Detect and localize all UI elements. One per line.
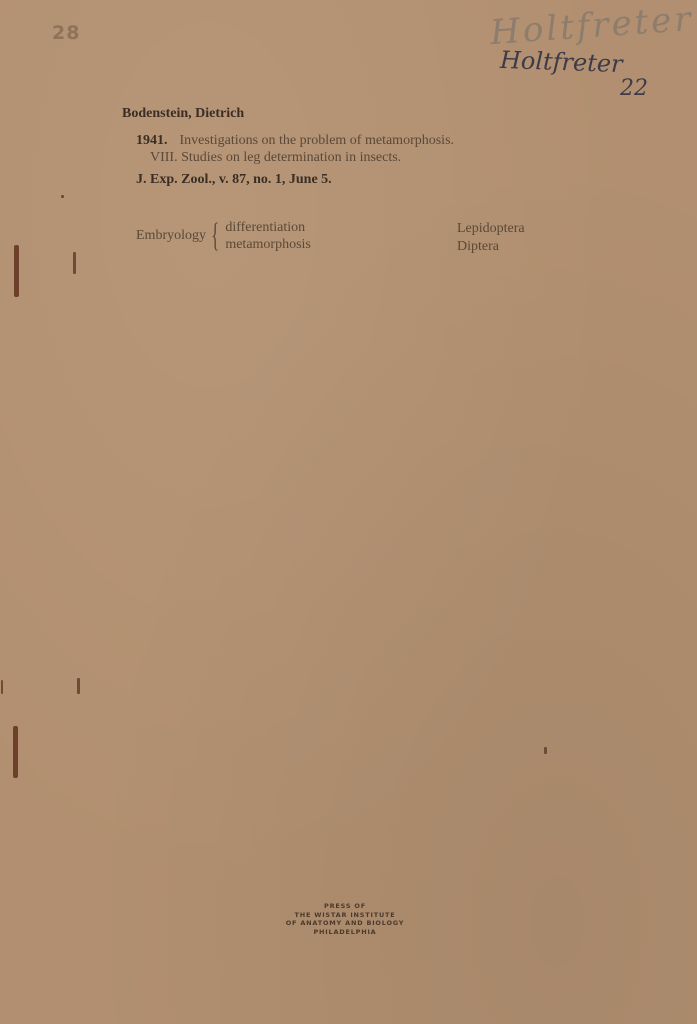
handwritten-note: Holtfreter <box>500 46 623 78</box>
journal-reference: J. Exp. Zool., v. 87, no. 1, June 5. <box>136 172 332 188</box>
subject-heading: Embryology <box>136 228 206 244</box>
title-line-1: Investigations on the problem of metamor… <box>180 133 455 148</box>
imprint-line: PRESS OF <box>260 902 430 911</box>
citation: 1941.Investigations on the problem of me… <box>136 132 454 166</box>
blemish-mark <box>1 680 3 694</box>
handwritten-note-faint: Holtfreter <box>489 0 695 53</box>
subject-term: metamorphosis <box>225 236 311 253</box>
staple-mark-bottom <box>13 726 18 778</box>
author-name: Bodenstein, Dietrich <box>122 106 244 122</box>
subject-term: differentiation <box>225 219 311 236</box>
brace-icon: { <box>211 219 219 253</box>
imprint-line: OF ANATOMY AND BIOLOGY <box>260 919 430 928</box>
blemish-mark <box>77 678 80 694</box>
publisher-imprint: PRESS OF THE WISTAR INSTITUTE OF ANATOMY… <box>260 902 430 936</box>
taxa-list: Lepidoptera Diptera <box>457 220 525 256</box>
imprint-line: PHILADELPHIA <box>260 928 430 937</box>
taxon: Lepidoptera <box>457 220 525 238</box>
document-cover: 28 Holtfreter Holtfreter 22 Bodenstein, … <box>0 0 697 1024</box>
catalog-number: 28 <box>52 22 80 44</box>
imprint-line: THE WISTAR INSTITUTE <box>260 911 430 920</box>
subject-classification: Embryology { differentiation metamorphos… <box>136 219 311 253</box>
taxon: Diptera <box>457 238 525 256</box>
blemish-mark <box>73 252 76 274</box>
citation-year: 1941. <box>136 133 168 148</box>
title-line-2: VIII. Studies on leg determination in in… <box>136 149 454 166</box>
blemish-dot <box>544 747 547 754</box>
blemish-dot <box>61 195 64 198</box>
handwritten-number: 22 <box>620 76 648 101</box>
subject-terms: differentiation metamorphosis <box>225 219 311 253</box>
staple-mark-top <box>14 245 19 297</box>
